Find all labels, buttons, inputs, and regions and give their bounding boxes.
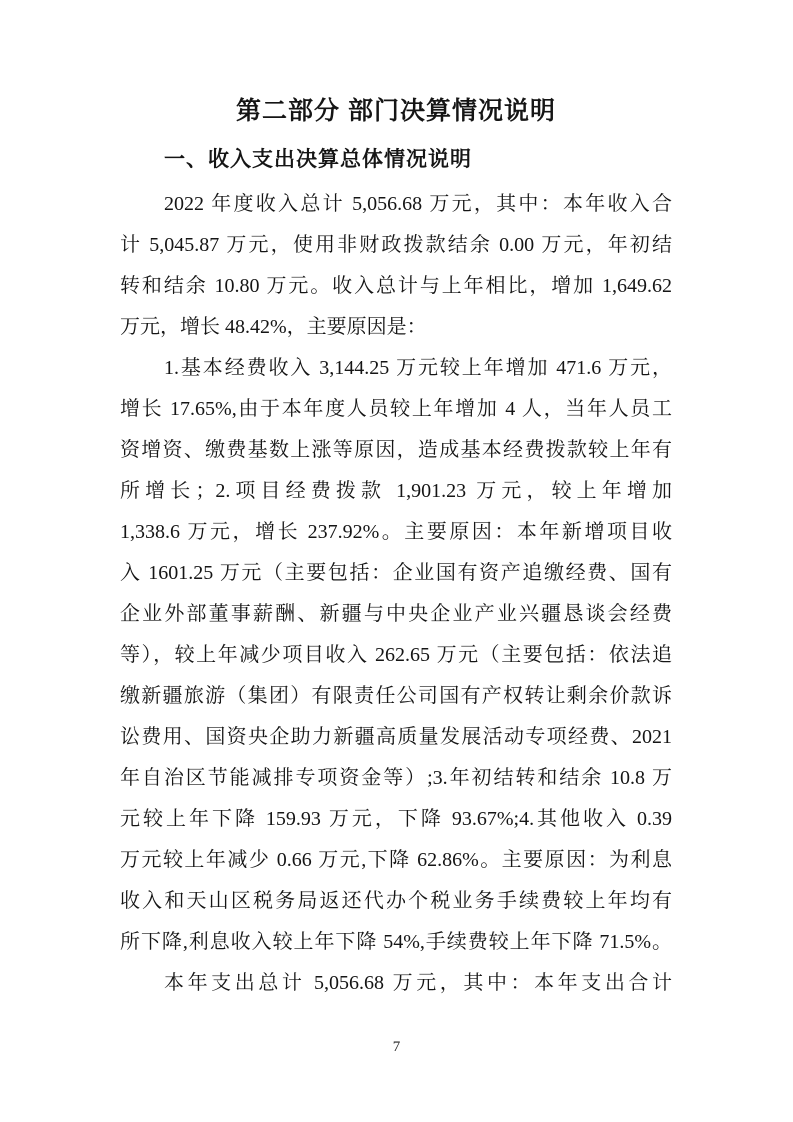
paragraph-line: 所增长；2.项目经费拨款 1,901.23 万元，较上年增加 <box>120 471 672 512</box>
paragraph-line: 万元，增长 48.42%，主要原因是： <box>120 307 672 348</box>
document-page: 第二部分 部门决算情况说明 一、收入支出决算总体情况说明 2022 年度收入总计… <box>0 0 793 1122</box>
paragraph-line: 所下降,利息收入较上年下降 54%,手续费较上年下降 71.5%。 <box>120 922 672 963</box>
document-body: 2022 年度收入总计 5,056.68 万元，其中：本年收入合计 5,045.… <box>120 184 672 1004</box>
paragraph-line: 1,338.6 万元，增长 237.92%。主要原因：本年新增项目收 <box>120 512 672 553</box>
paragraph-line: 收入和天山区税务局返还代办个税业务手续费较上年均有 <box>120 881 672 922</box>
paragraph-line: 年自治区节能减排专项资金等）;3.年初结转和结余 10.8 万 <box>120 758 672 799</box>
paragraph-line: 转和结余 10.80 万元。收入总计与上年相比，增加 1,649.62 <box>120 266 672 307</box>
paragraph-line: 增长 17.65%,由于本年度人员较上年增加 4 人，当年人员工 <box>120 389 672 430</box>
paragraph-line: 2022 年度收入总计 5,056.68 万元，其中：本年收入合 <box>120 184 672 225</box>
paragraph-line: 计 5,045.87 万元，使用非财政拨款结余 0.00 万元，年初结 <box>120 225 672 266</box>
paragraph-line: 1.基本经费收入 3,144.25 万元较上年增加 471.6 万元， <box>120 348 672 389</box>
page-number: 7 <box>0 1036 793 1058</box>
paragraph-line: 讼费用、国资央企助力新疆高质量发展活动专项经费、2021 <box>120 717 672 758</box>
paragraph-line: 资增资、缴费基数上涨等原因，造成基本经费拨款较上年有 <box>120 430 672 471</box>
paragraph-line: 企业外部董事薪酬、新疆与中央企业产业兴疆恳谈会经费 <box>120 594 672 635</box>
document-title: 第二部分 部门决算情况说明 <box>120 94 672 128</box>
paragraph-line: 本年支出总计 5,056.68 万元，其中：本年支出合计 <box>120 963 672 1004</box>
paragraph-line: 入 1601.25 万元（主要包括：企业国有资产追缴经费、国有 <box>120 553 672 594</box>
paragraph-line: 缴新疆旅游（集团）有限责任公司国有产权转让剩余价款诉 <box>120 676 672 717</box>
paragraph-line: 等），较上年减少项目收入 262.65 万元（主要包括：依法追 <box>120 635 672 676</box>
paragraph-line: 万元较上年减少 0.66 万元,下降 62.86%。主要原因：为利息 <box>120 840 672 881</box>
paragraph-line: 元较上年下降 159.93 万元，下降 93.67%;4.其他收入 0.39 <box>120 799 672 840</box>
section-heading: 一、收入支出决算总体情况说明 <box>120 145 672 175</box>
